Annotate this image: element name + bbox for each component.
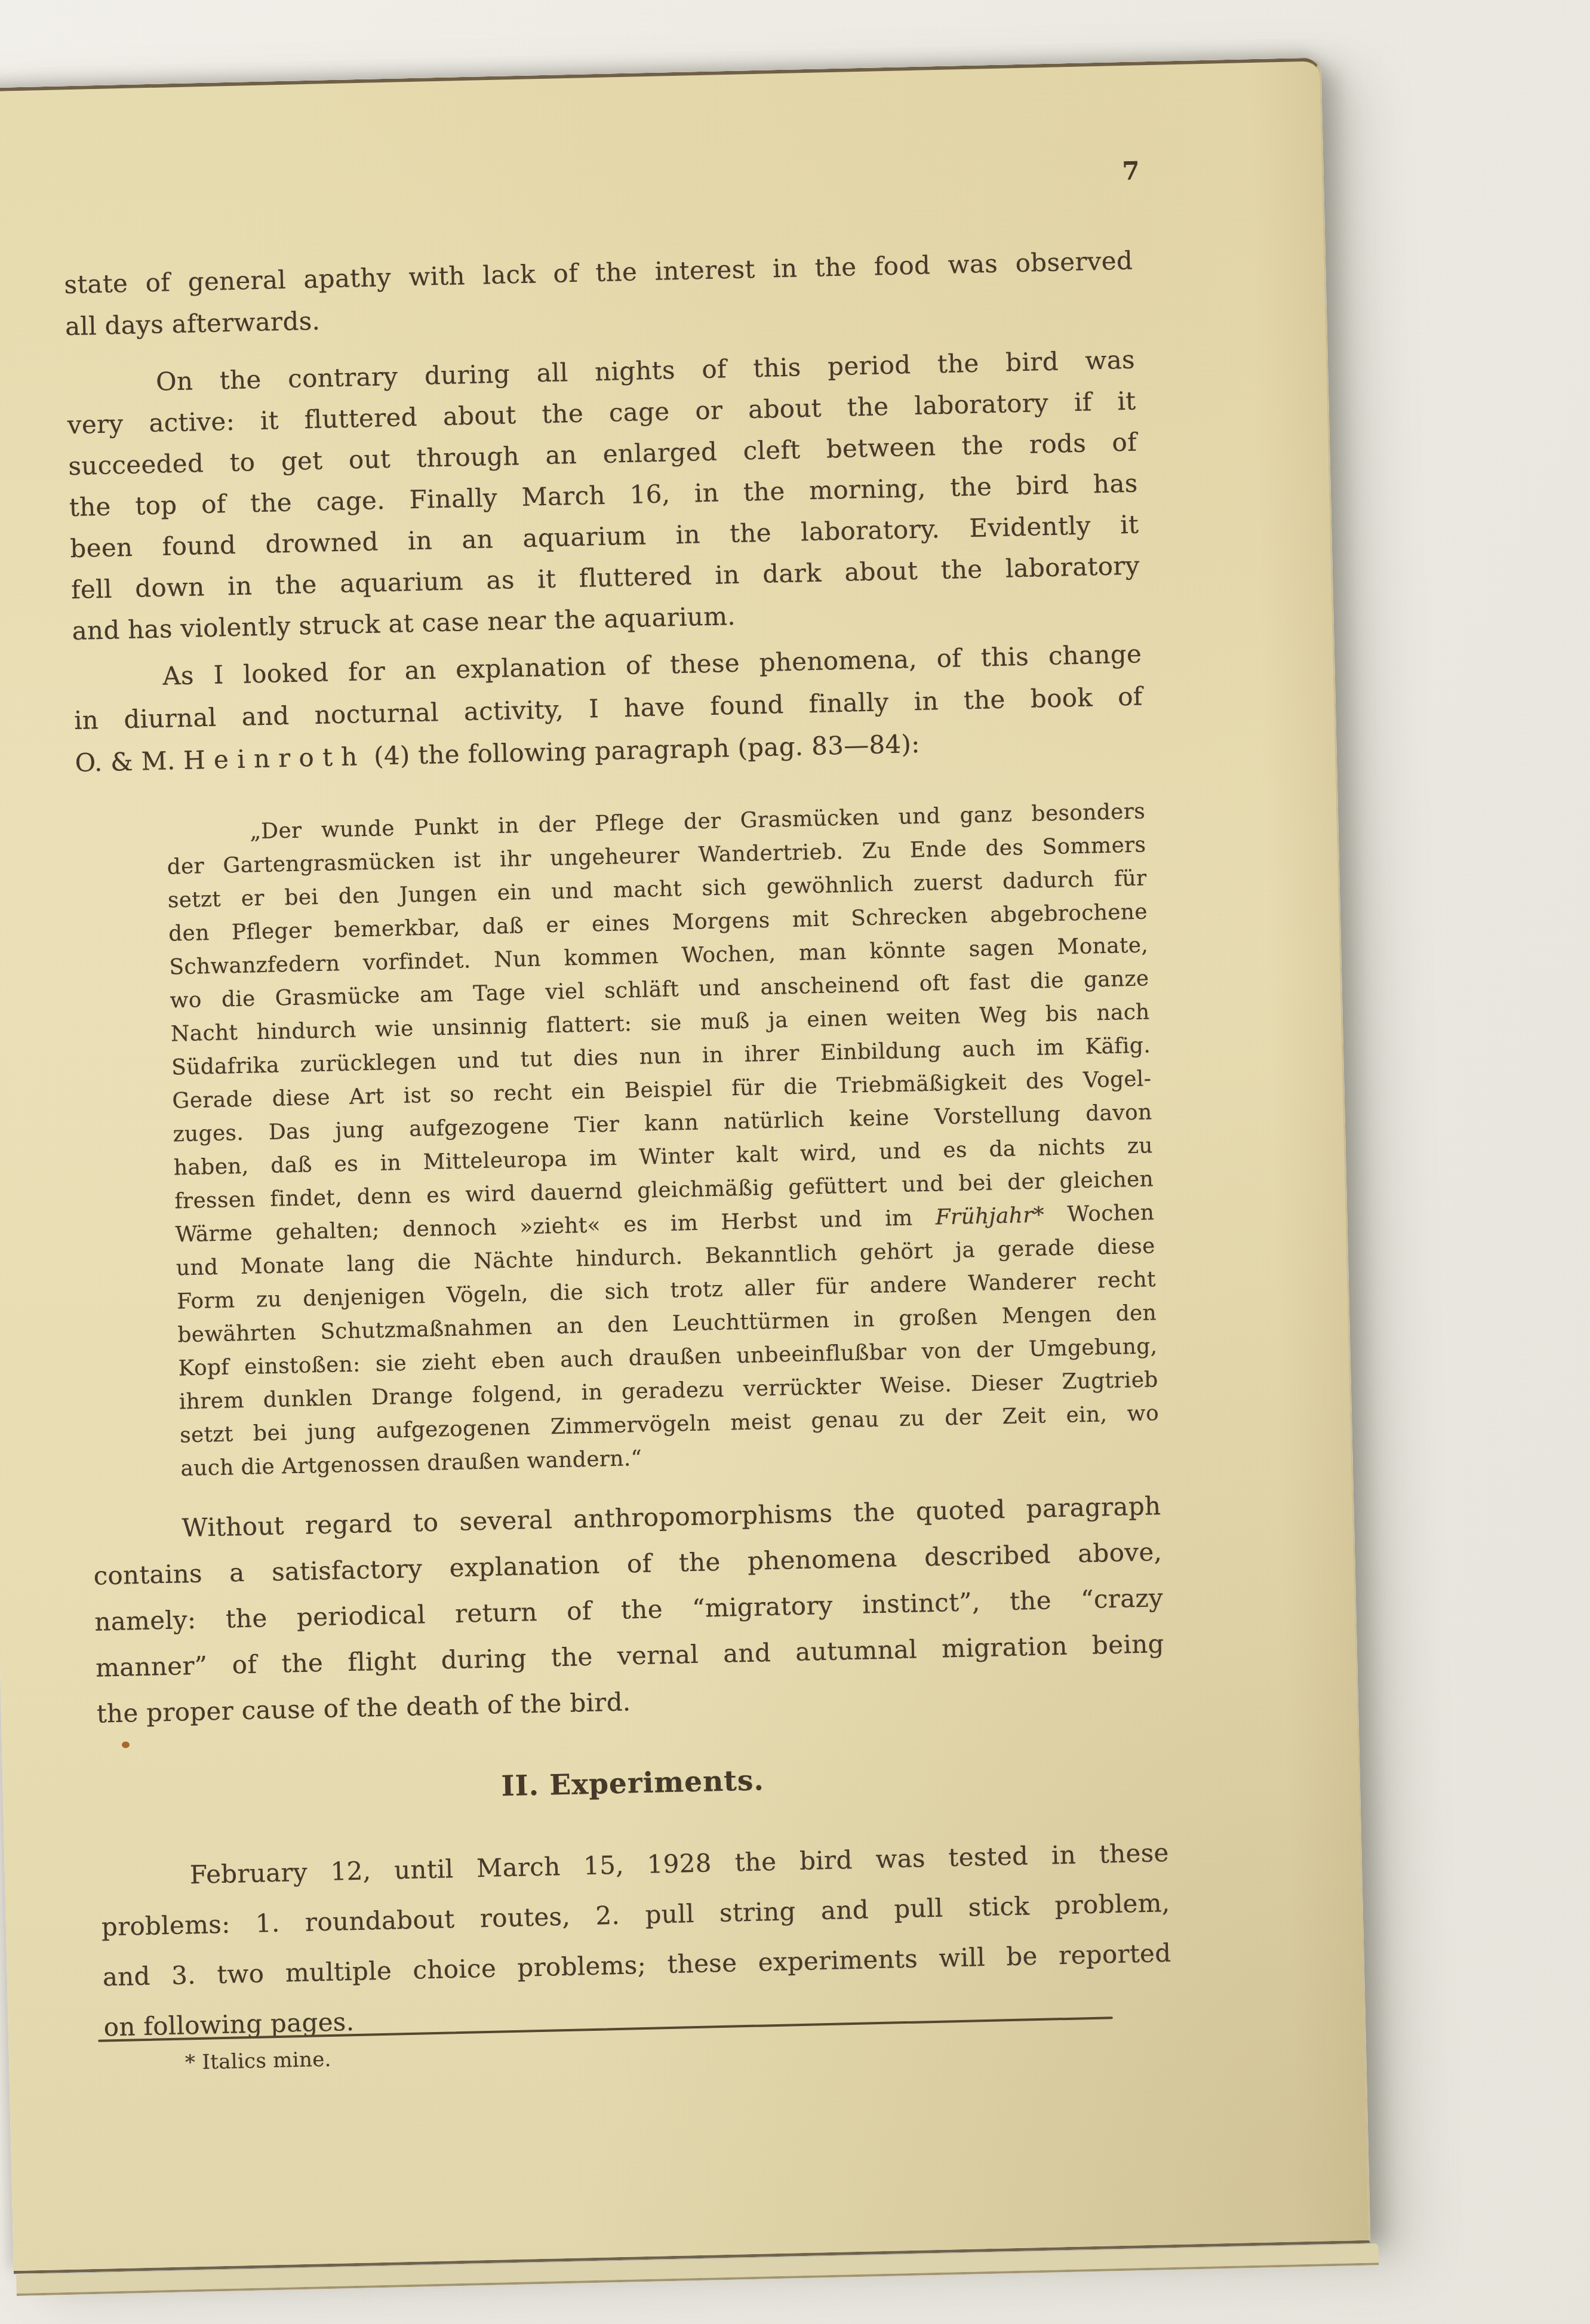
paragraph-continuation: state of general apathy with lack of the… bbox=[64, 240, 1134, 348]
book-page: 7 state of general apathy with lack of t… bbox=[0, 57, 1370, 2274]
text-column: 7 state of general apathy with lack of t… bbox=[60, 66, 1177, 2269]
scan-background: { "page": { "number": "7", "paragraphs":… bbox=[0, 0, 1590, 2324]
page-edge-shade bbox=[1248, 61, 1369, 2242]
paragraph-nocturnal-activity: On the contrary during all nights of thi… bbox=[66, 339, 1140, 651]
footnote: * Italics mine. bbox=[185, 2048, 332, 2075]
paragraph-explanation: As I looked for an explanation of these … bbox=[73, 633, 1144, 785]
german-block-quote: „Der wunde Punkt in der Pflege der Grasm… bbox=[166, 795, 1160, 1486]
section-heading: II. Experiments. bbox=[98, 1755, 1167, 1812]
page-number: 7 bbox=[1122, 156, 1140, 186]
paragraph-discussion: Without regard to several anthropomorphi… bbox=[92, 1483, 1165, 1737]
